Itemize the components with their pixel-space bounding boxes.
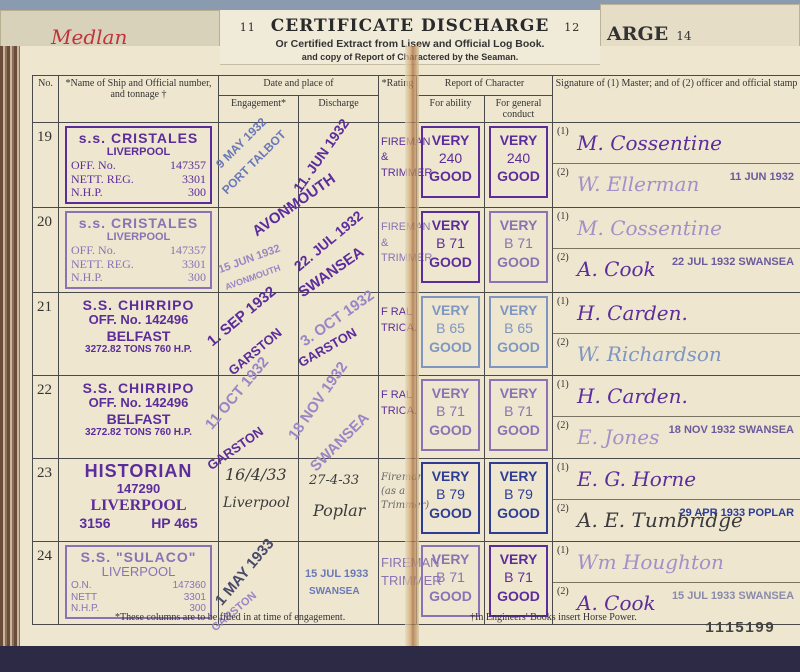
master-signature: M. Cossentine: [577, 131, 722, 155]
officer-signature: E. Jones: [577, 425, 659, 449]
book-cover-edge: [0, 46, 20, 646]
book-spine-stain: [405, 46, 419, 646]
ship-stamp: S.S. "SULACO" LIVERPOOL O.N.147360 NETT3…: [65, 545, 212, 619]
engagement-cell: 15 JUN 1932 AVONMOUTH: [219, 208, 299, 293]
ship-cell: S.S. CHIRRIPO OFF. No. 142496 BELFAST 32…: [59, 376, 219, 459]
serial-number: 1115199: [705, 620, 775, 637]
signature-cell: (1)E. G. Horne (2)A. E. Tumbridge29 APR …: [553, 459, 800, 542]
official-stamp: 15 JUL 1933 SWANSEA: [672, 589, 794, 603]
signature-cell: (1)M. Cossentine (2)W. Ellerman11 JUN 19…: [553, 123, 800, 208]
tab-header-text: ARGE: [607, 23, 668, 45]
ship-cell: s.s. CRISTALES LIVERPOOL OFF. No.147357 …: [59, 123, 219, 208]
row-number: 23: [33, 459, 59, 542]
row-number: 22: [33, 376, 59, 459]
signature-cell: (1)M. Cossentine (2)A. Cook22 JUL 1932 S…: [553, 208, 800, 293]
ship-stamp: s.s. CRISTALES LIVERPOOL OFF. No.147357 …: [65, 211, 212, 289]
conduct-cell: VERYB 71GOOD: [485, 376, 553, 459]
ability-cell: VERYB 65GOOD: [417, 293, 485, 376]
tab-page-number: 14: [676, 29, 691, 43]
signature-cell: (1)H. Carden. (2)W. Richardson: [553, 293, 800, 376]
header-signature: Signature of (1) Master; and of (2) offi…: [553, 76, 800, 123]
header-date-place: Date and place of: [219, 76, 379, 96]
header-character: Report of Character: [417, 76, 553, 96]
discharge-cell: 22. JUL 1932 SWANSEA: [299, 208, 379, 293]
ability-cell: VERYB 71GOOD: [417, 376, 485, 459]
official-stamp: 18 NOV 1932 SWANSEA: [669, 423, 794, 437]
master-signature: H. Carden.: [577, 301, 688, 325]
header-conduct: For general conduct: [485, 96, 553, 123]
officer-signature: A. Cook: [577, 257, 656, 281]
master-signature: Wm Houghton: [577, 550, 724, 574]
official-stamp: 11 JUN 1932: [730, 170, 794, 184]
ship-stamp: HISTORIAN 147290 LIVERPOOL 3156HP 465: [59, 459, 218, 531]
book-cover-bottom: [0, 646, 800, 672]
ability-cell: VERYB 79GOOD: [417, 459, 485, 542]
engagement-cell: 9 MAY 1932 PORT TALBOT: [219, 123, 299, 208]
header-no: No.: [33, 76, 59, 123]
master-signature: H. Carden.: [577, 384, 688, 408]
engagement-cell: 16/4/33 Liverpool: [219, 459, 299, 542]
header-ability: For ability: [417, 96, 485, 123]
signature-cell: (1)H. Carden. (2)E. Jones18 NOV 1932 SWA…: [553, 376, 800, 459]
document-title: CERTIFICATE DISCHARGE: [271, 16, 550, 36]
row-number: 20: [33, 208, 59, 293]
ship-stamp: s.s. CRISTALES LIVERPOOL OFF. No.147357 …: [65, 126, 212, 204]
ability-cell: VERY240GOOD: [417, 123, 485, 208]
ship-cell: S.S. CHIRRIPO OFF. No. 142496 BELFAST 32…: [59, 293, 219, 376]
header-ship: *Name of Ship and Official number, and t…: [59, 76, 219, 123]
ship-stamp: S.S. CHIRRIPO OFF. No. 142496 BELFAST 32…: [59, 376, 218, 439]
conduct-cell: VERYB 79GOOD: [485, 459, 553, 542]
ship-stamp: S.S. CHIRRIPO OFF. No. 142496 BELFAST 32…: [59, 293, 218, 356]
conduct-cell: VERYB 71GOOD: [485, 208, 553, 293]
discharge-cell: 18 NOV 1932 SWANSEA: [299, 376, 379, 459]
conduct-cell: VERYB 65GOOD: [485, 293, 553, 376]
ship-cell: s.s. CRISTALES LIVERPOOL OFF. No.147357 …: [59, 208, 219, 293]
official-stamp: 29 APR 1933 POPLAR: [679, 506, 794, 520]
master-signature: M. Cossentine: [577, 216, 722, 240]
row-number: 19: [33, 123, 59, 208]
officer-signature: W. Richardson: [577, 342, 722, 366]
official-stamp: 22 JUL 1932 SWANSEA: [672, 255, 794, 269]
discharge-cell: 27-4-33 Poplar: [299, 459, 379, 542]
page-number-left: 11: [240, 21, 256, 34]
footnote-engagement: *These columns are to be filled in at ti…: [115, 612, 345, 623]
discharge-cell: 11. JUN 1932 AVONMOUTH: [299, 123, 379, 208]
ability-cell: VERYB 71GOOD: [417, 208, 485, 293]
footnote-engineers: †In Engineers' Books insert Horse Power.: [470, 612, 637, 623]
officer-signature: W. Ellerman: [577, 172, 699, 196]
page-number-right: 12: [564, 21, 580, 34]
row-number: 21: [33, 293, 59, 376]
engagement-cell: 11 OCT 1932 GARSTON: [219, 376, 299, 459]
master-signature: E. G. Horne: [577, 467, 696, 491]
ship-cell: HISTORIAN 147290 LIVERPOOL 3156HP 465: [59, 459, 219, 542]
conduct-cell: VERY240GOOD: [485, 123, 553, 208]
row-number: 24: [33, 542, 59, 625]
